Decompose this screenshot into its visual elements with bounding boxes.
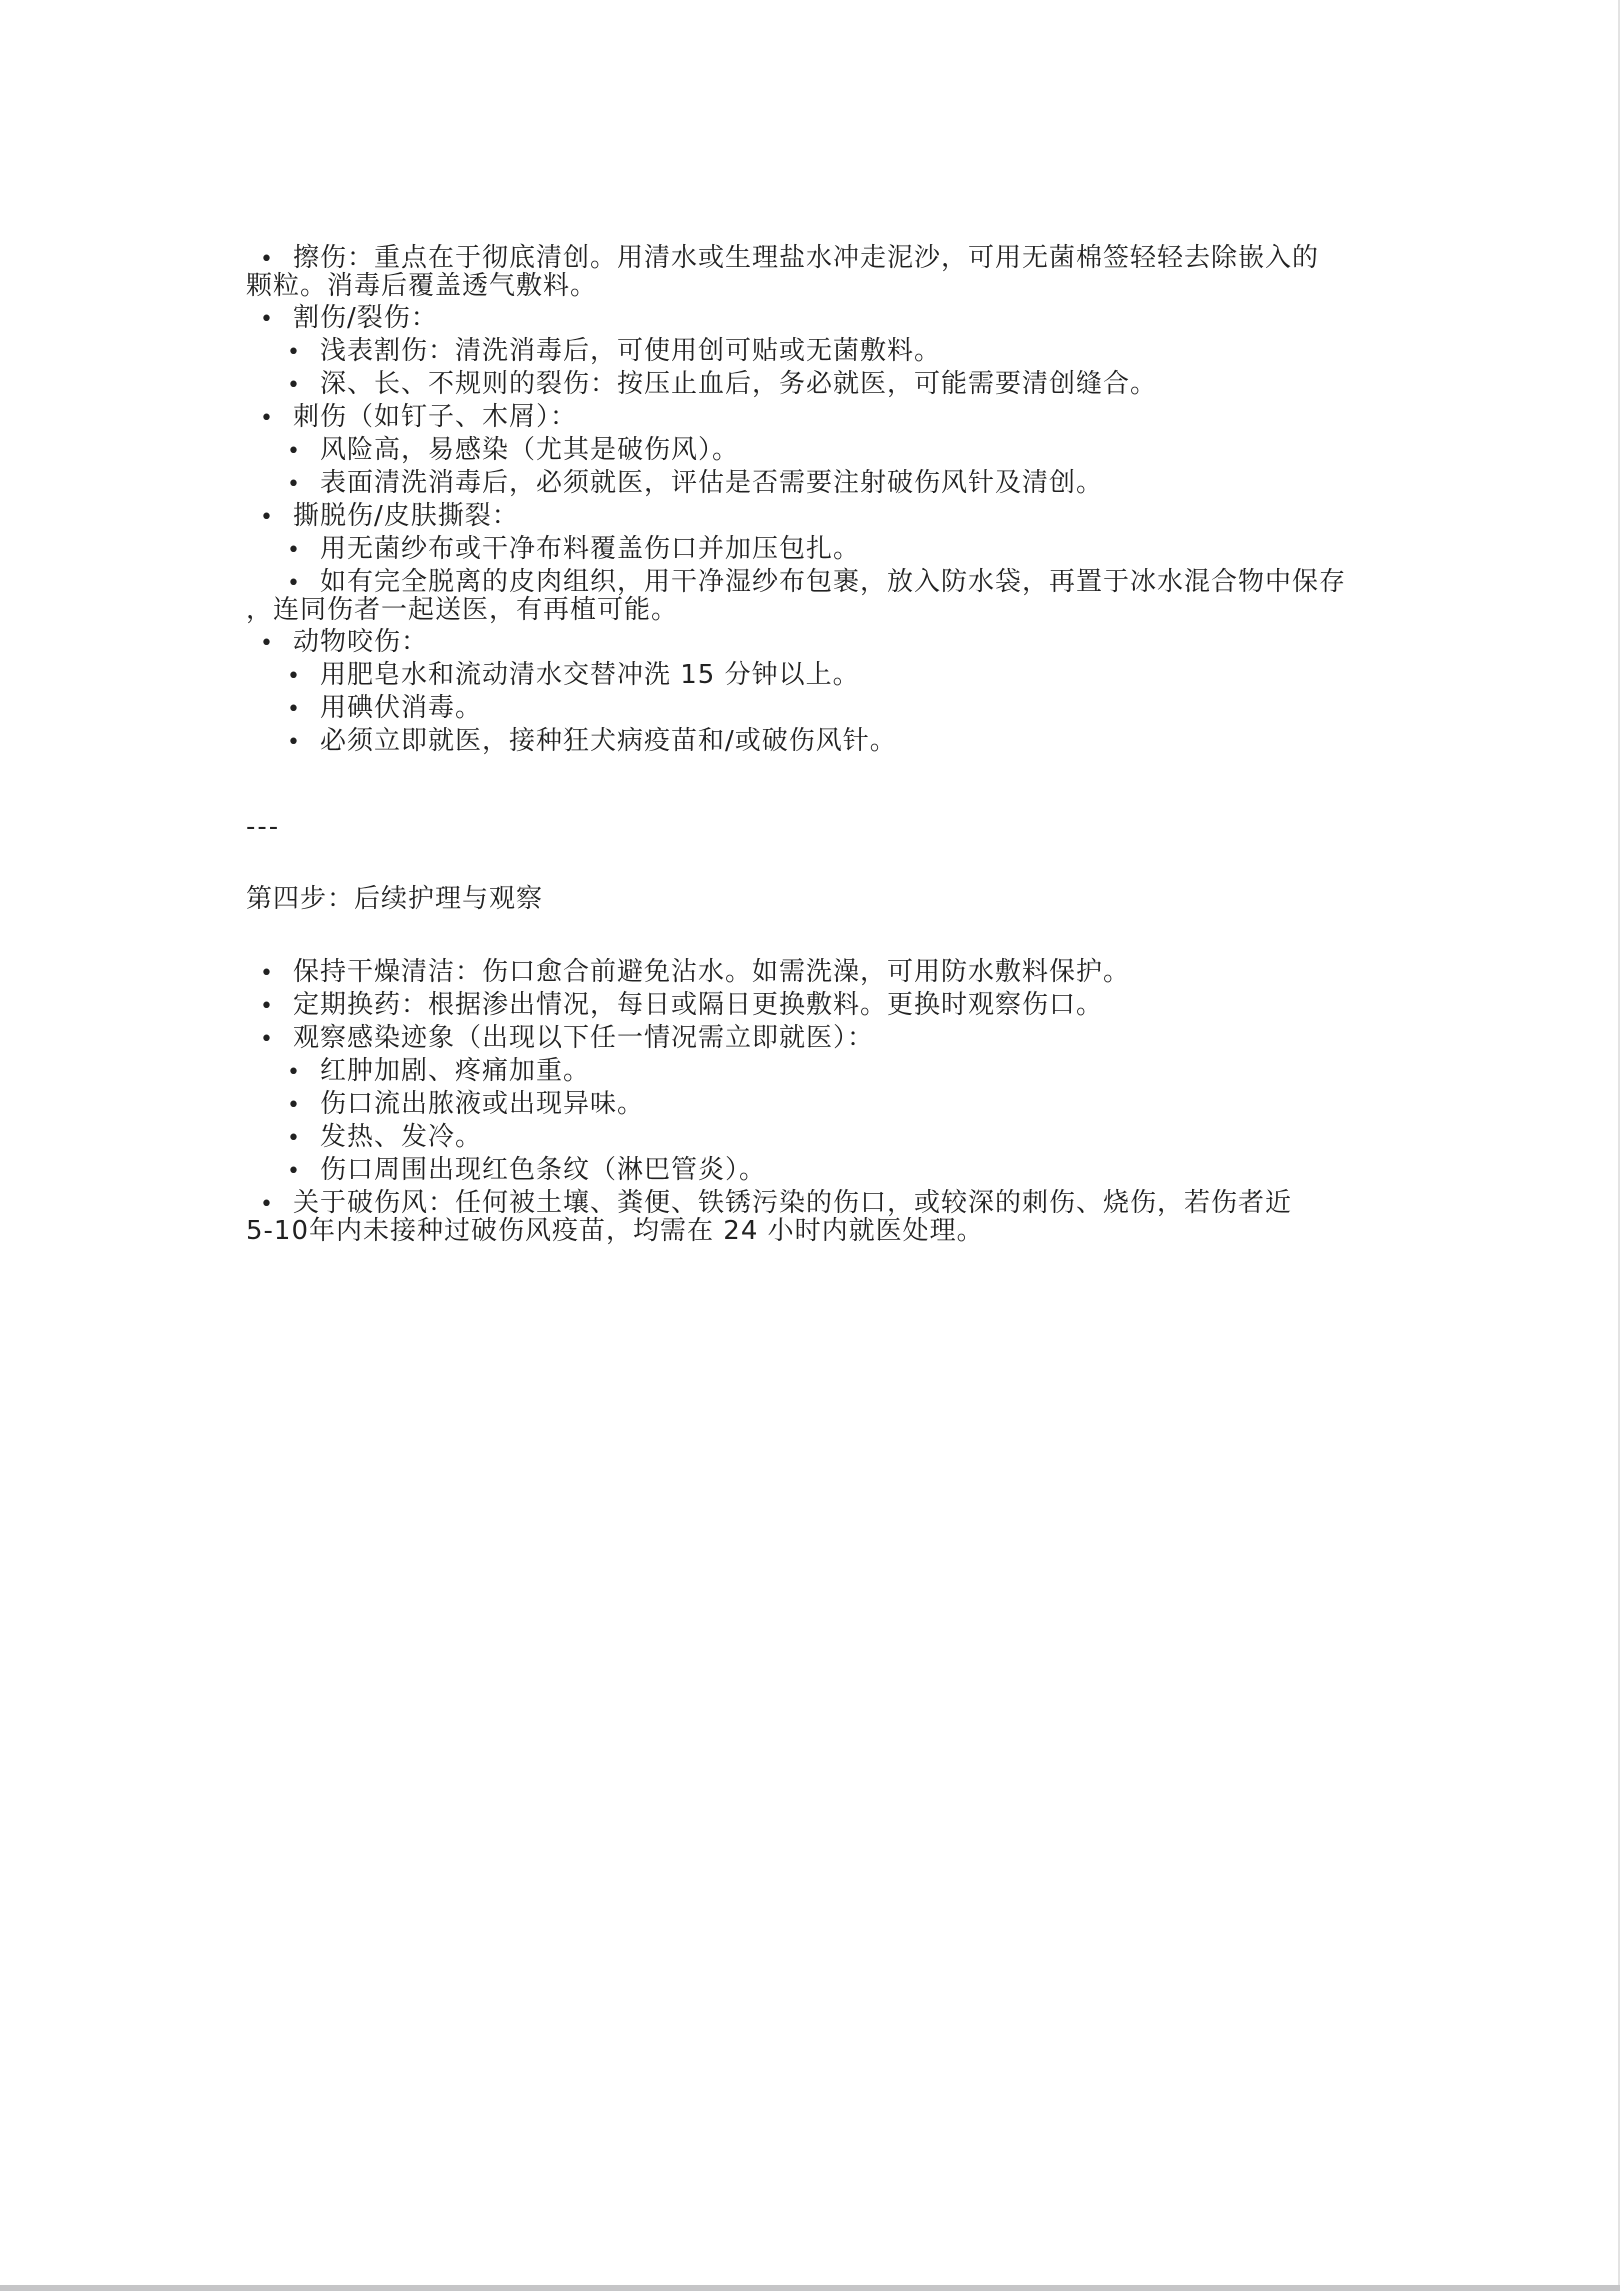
doc-line: •割伤/裂伤： — [246, 305, 1386, 333]
section-separator: --- — [246, 814, 1386, 841]
doc-line: •刺伤（如钉子、木屑）： — [246, 404, 1386, 432]
doc-line: •必须立即就医，接种狂犬病疫苗和/或破伤风针。 — [246, 728, 1386, 756]
doc-line: •伤口周围出现红色条纹（淋巴管炎）。 — [246, 1157, 1386, 1185]
doc-line-text: 伤口周围出现红色条纹（淋巴管炎）。 — [320, 1155, 766, 1185]
bullet-icon: • — [260, 960, 293, 987]
doc-line: 5-10年内未接种过破伤风疫苗，均需在 24 小时内就医处理。 — [246, 1218, 1386, 1245]
bullet-icon: • — [287, 537, 320, 564]
doc-line-text: 用无菌纱布或干净布料覆盖伤口并加压包扎。 — [320, 534, 860, 564]
bullet-icon: • — [260, 504, 293, 531]
doc-line-text: 伤口流出脓液或出现异味。 — [320, 1089, 644, 1119]
doc-line: ，连同伤者一起送医，有再植可能。 — [246, 597, 1386, 624]
doc-line-text: 用碘伏消毒。 — [320, 693, 482, 723]
doc-line: •保持干燥清洁：伤口愈合前避免沾水。如需洗澡，可用防水敷料保护。 — [246, 959, 1386, 987]
bullet-icon: • — [287, 663, 320, 690]
doc-line-text: 擦伤：重点在于彻底清创。用清水或生理盐水冲走泥沙，可用无菌棉签轻轻去除嵌入的 — [293, 243, 1319, 273]
doc-line-text: 深、长、不规则的裂伤：按压止血后，务必就医，可能需要清创缝合。 — [320, 369, 1157, 399]
section-heading: 第四步：后续护理与观察 — [246, 886, 1386, 913]
doc-line-text: 刺伤（如钉子、木屑）： — [293, 402, 577, 432]
bullet-icon: • — [287, 696, 320, 723]
doc-line-text: 发热、发冷。 — [320, 1122, 482, 1152]
bullet-icon: • — [287, 1125, 320, 1152]
doc-line: •动物咬伤： — [246, 629, 1386, 657]
bullet-icon: • — [287, 570, 320, 597]
doc-line: •关于破伤风：任何被土壤、粪便、铁锈污染的伤口，或较深的刺伤、烧伤，若伤者近 — [246, 1190, 1386, 1218]
doc-line-text: 定期换药：根据渗出情况，每日或隔日更换敷料。更换时观察伤口。 — [293, 990, 1103, 1020]
doc-line: •伤口流出脓液或出现异味。 — [246, 1091, 1386, 1119]
doc-line-text: 浅表割伤：清洗消毒后，可使用创可贴或无菌敷料。 — [320, 336, 941, 366]
doc-line-text: 必须立即就医，接种狂犬病疫苗和/或破伤风针。 — [320, 726, 897, 756]
bullet-icon: • — [287, 372, 320, 399]
doc-line: 颗粒。消毒后覆盖透气敷料。 — [246, 273, 1386, 300]
bullet-icon: • — [260, 1026, 293, 1053]
doc-line-text: 观察感染迹象（出现以下任一情况需立即就医）： — [293, 1023, 874, 1053]
doc-line: •撕脱伤/皮肤撕裂： — [246, 503, 1386, 531]
bullet-icon: • — [260, 993, 293, 1020]
doc-line: •风险高，易感染（尤其是破伤风）。 — [246, 437, 1386, 465]
document-text: •擦伤：重点在于彻底清创。用清水或生理盐水冲走泥沙，可用无菌棉签轻轻去除嵌入的 … — [246, 245, 1386, 1245]
bullet-icon: • — [287, 1092, 320, 1119]
bullet-icon: • — [287, 729, 320, 756]
doc-line: •发热、发冷。 — [246, 1124, 1386, 1152]
bullet-icon: • — [287, 339, 320, 366]
doc-line: •观察感染迹象（出现以下任一情况需立即就医）： — [246, 1025, 1386, 1053]
doc-line: •用碘伏消毒。 — [246, 695, 1386, 723]
bullet-icon: • — [260, 630, 293, 657]
doc-line-text: 用肥皂水和流动清水交替冲洗 15 分钟以上。 — [320, 660, 860, 690]
doc-line: •表面清洗消毒后，必须就医，评估是否需要注射破伤风针及清创。 — [246, 470, 1386, 498]
doc-line-text: 撕脱伤/皮肤撕裂： — [293, 501, 519, 531]
bullet-icon: • — [260, 1191, 293, 1218]
doc-line-text: 风险高，易感染（尤其是破伤风）。 — [320, 435, 739, 465]
doc-line-text: 表面清洗消毒后，必须就医，评估是否需要注射破伤风针及清创。 — [320, 468, 1103, 498]
doc-line: •用肥皂水和流动清水交替冲洗 15 分钟以上。 — [246, 662, 1386, 690]
doc-line-text: 如有完全脱离的皮肉组织，用干净湿纱布包裹，放入防水袋，再置于冰水混合物中保存 — [320, 567, 1346, 597]
doc-line-text: 关于破伤风：任何被土壤、粪便、铁锈污染的伤口，或较深的刺伤、烧伤，若伤者近 — [293, 1188, 1292, 1218]
doc-line: •如有完全脱离的皮肉组织，用干净湿纱布包裹，放入防水袋，再置于冰水混合物中保存 — [246, 569, 1386, 597]
bullet-icon: • — [287, 1158, 320, 1185]
bullet-icon: • — [287, 1059, 320, 1086]
doc-line-text: 保持干燥清洁：伤口愈合前避免沾水。如需洗澡，可用防水敷料保护。 — [293, 957, 1130, 987]
doc-line: •红肿加剧、疼痛加重。 — [246, 1058, 1386, 1086]
bullet-icon: • — [260, 306, 293, 333]
doc-line: •擦伤：重点在于彻底清创。用清水或生理盐水冲走泥沙，可用无菌棉签轻轻去除嵌入的 — [246, 245, 1386, 273]
bullet-icon: • — [287, 438, 320, 465]
document-page: •擦伤：重点在于彻底清创。用清水或生理盐水冲走泥沙，可用无菌棉签轻轻去除嵌入的 … — [0, 0, 1620, 2291]
doc-line-text: --- — [246, 812, 280, 842]
doc-line-text: 割伤/裂伤： — [293, 303, 438, 333]
doc-line: •浅表割伤：清洗消毒后，可使用创可贴或无菌敷料。 — [246, 338, 1386, 366]
doc-line-text: 第四步：后续护理与观察 — [246, 884, 543, 914]
bullet-icon: • — [260, 405, 293, 432]
doc-line: •定期换药：根据渗出情况，每日或隔日更换敷料。更换时观察伤口。 — [246, 992, 1386, 1020]
doc-line: •用无菌纱布或干净布料覆盖伤口并加压包扎。 — [246, 536, 1386, 564]
doc-line-text: 颗粒。消毒后覆盖透气敷料。 — [246, 271, 597, 301]
doc-line-text: 红肿加剧、疼痛加重。 — [320, 1056, 590, 1086]
doc-line-text: ，连同伤者一起送医，有再植可能。 — [246, 595, 678, 625]
bullet-icon: • — [287, 471, 320, 498]
doc-line: •深、长、不规则的裂伤：按压止血后，务必就医，可能需要清创缝合。 — [246, 371, 1386, 399]
window-bottom-edge — [0, 2285, 1620, 2291]
doc-line-text: 动物咬伤： — [293, 627, 428, 657]
doc-line-text: 5-10年内未接种过破伤风疫苗，均需在 24 小时内就医处理。 — [246, 1216, 984, 1246]
bullet-icon: • — [260, 246, 293, 273]
